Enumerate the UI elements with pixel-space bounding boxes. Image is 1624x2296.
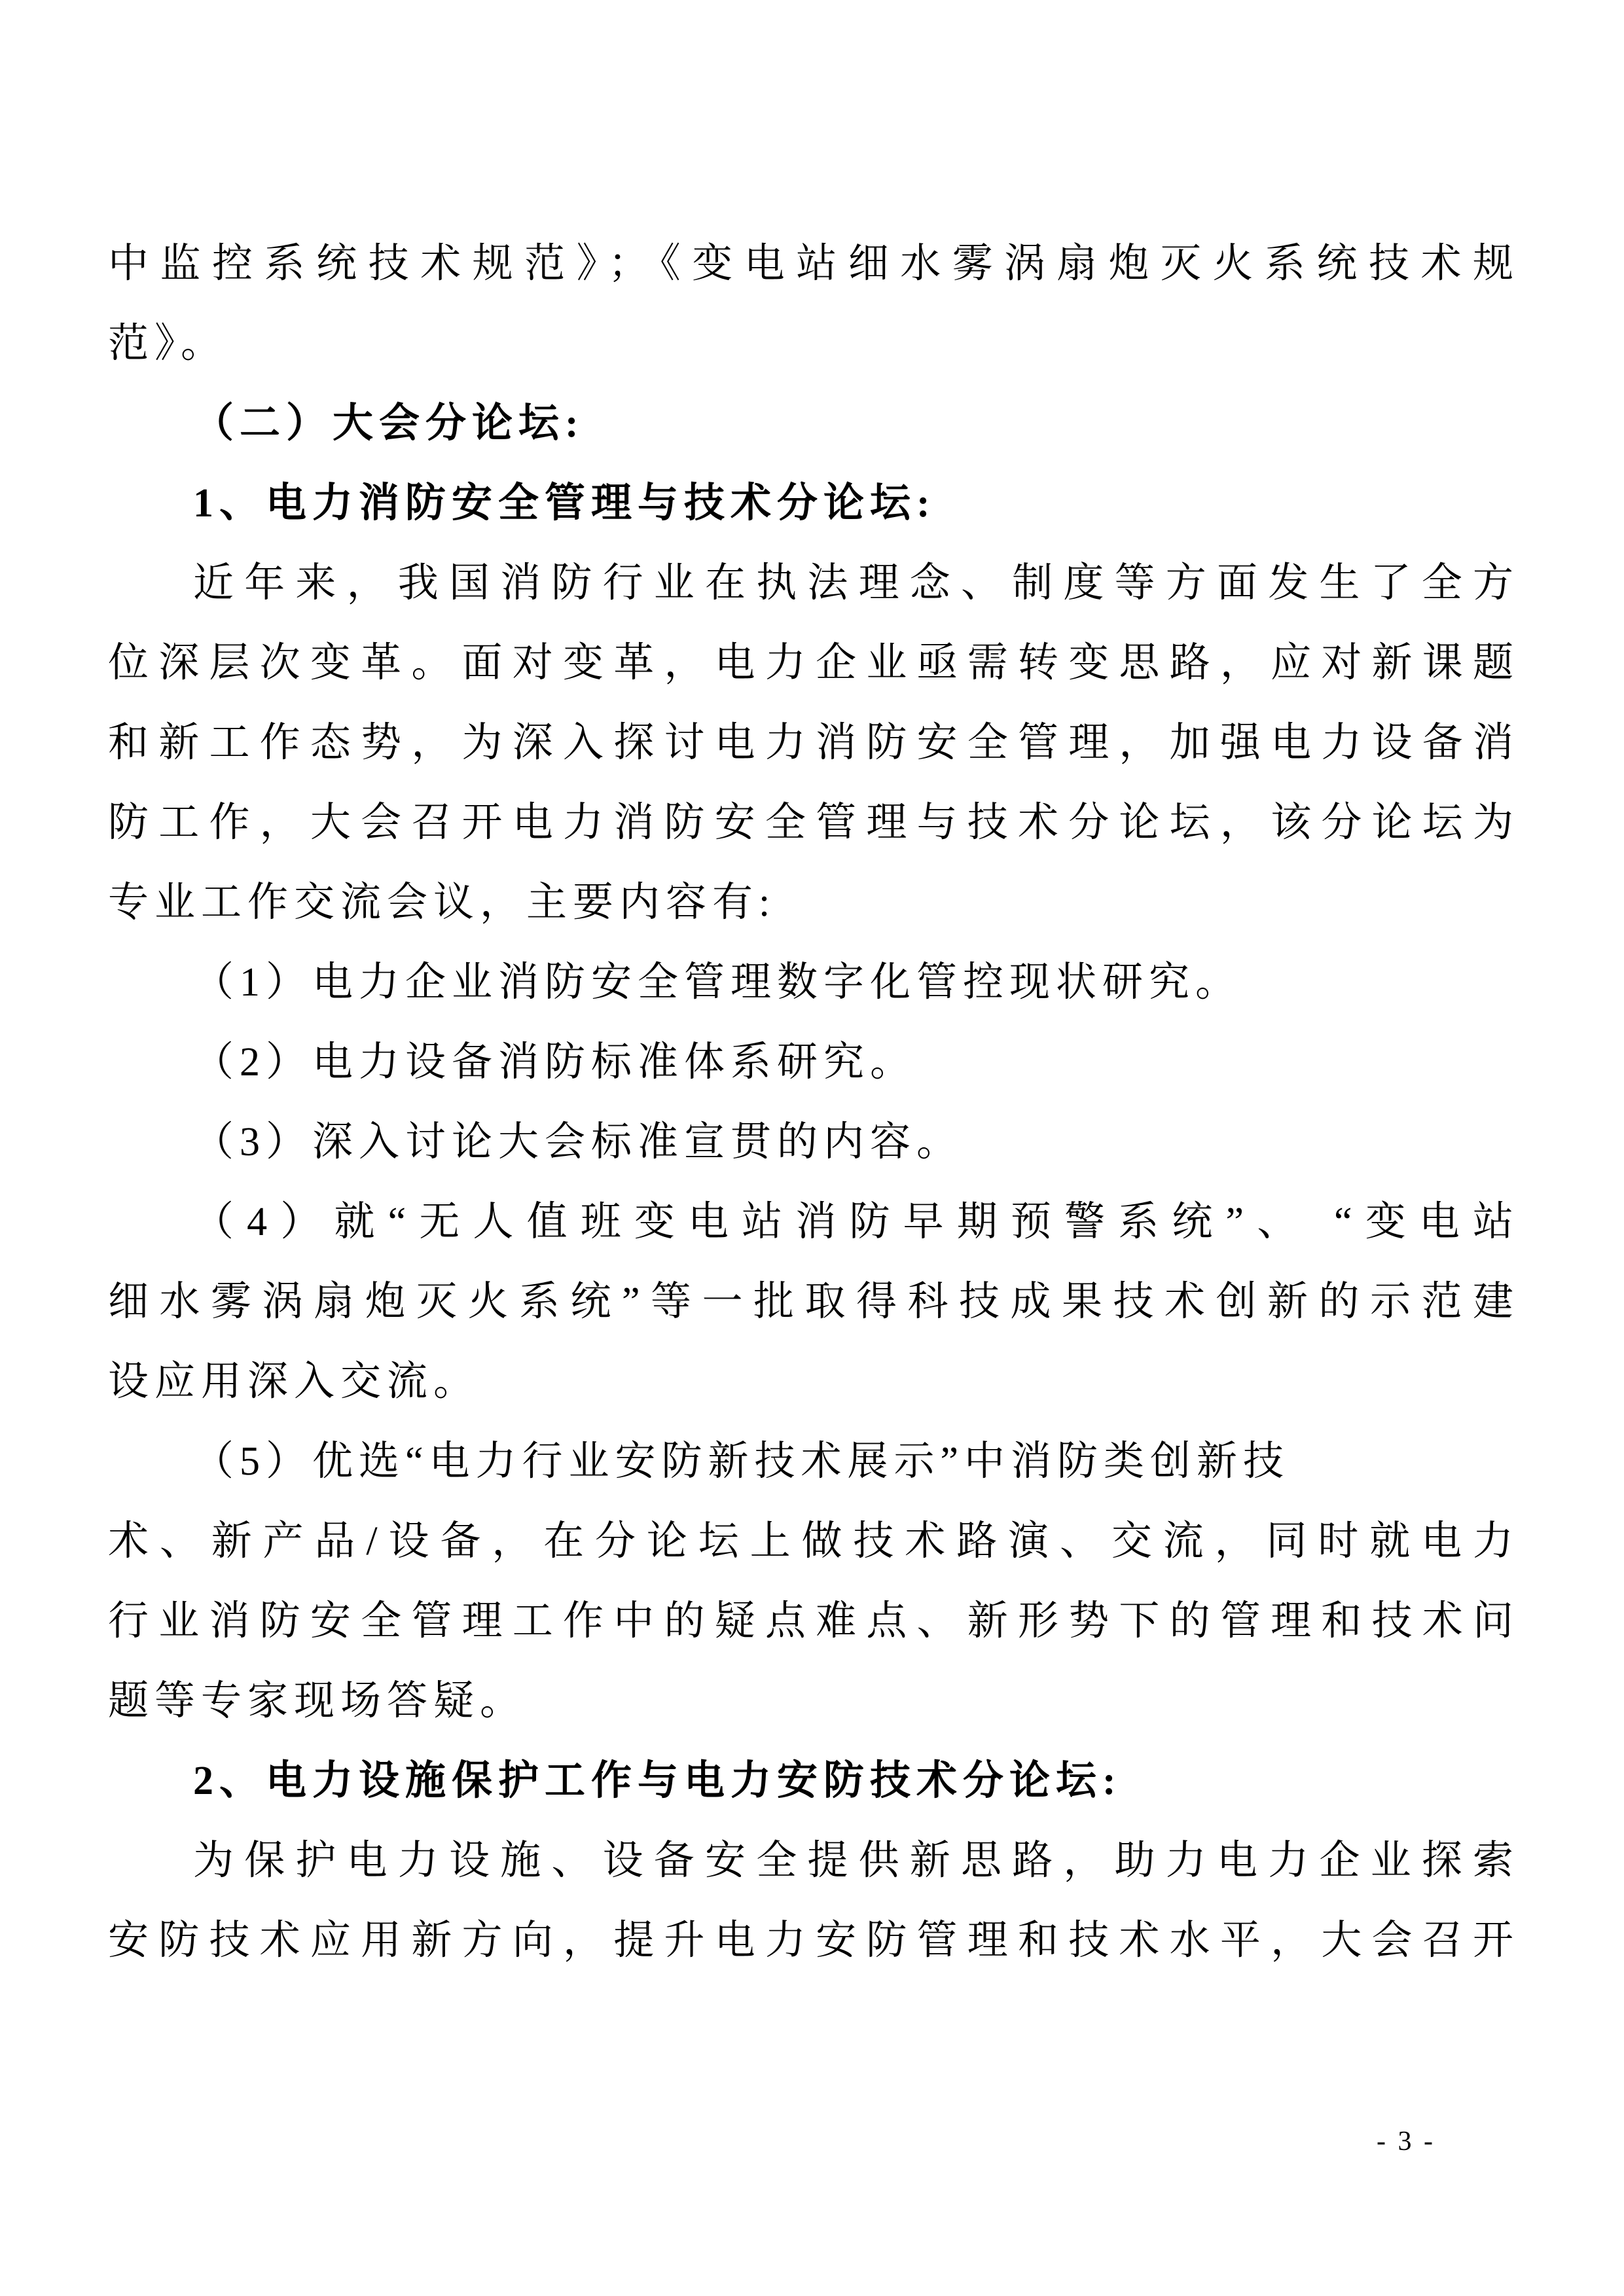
list-item-5-line-2: 术、新产品/设备，在分论坛上做技术路演、交流，同时就电力 <box>108 1501 1519 1581</box>
subforum-2-heading: 2、电力设施保护工作与电力安防技术分论坛: <box>108 1741 1519 1821</box>
section-heading-2: （二）大会分论坛: <box>108 384 1519 463</box>
paragraph-2-line-2: 安防技术应用新方向，提升电力安防管理和技术水平，大会召开 <box>108 1901 1519 1981</box>
document-body: 中监控系统技术规范》；《变电站细水雾涡扇炮灭火系统技术规 范》。 （二）大会分论… <box>108 224 1519 1981</box>
paragraph-2-line-1: 为保护电力设施、设备安全提供新思路，助力电力企业探索 <box>108 1821 1519 1901</box>
list-item-4-line-3: 设应用深入交流。 <box>108 1342 1519 1422</box>
list-item-5-line-4: 题等专家现场答疑。 <box>108 1661 1519 1741</box>
list-item-2: （2）电力设备消防标准体系研究。 <box>108 1022 1519 1102</box>
list-item-5-line-1: （5）优选“电力行业安防新技术展示”中消防类创新技 <box>108 1422 1519 1501</box>
list-item-5-line-3: 行业消防安全管理工作中的疑点难点、新形势下的管理和技术问 <box>108 1581 1519 1661</box>
list-item-3: （3）深入讨论大会标准宣贯的内容。 <box>108 1102 1519 1182</box>
body-line-continuation-2: 范》。 <box>108 304 1519 384</box>
list-item-1: （1）电力企业消防安全管理数字化管控现状研究。 <box>108 942 1519 1022</box>
subforum-1-heading: 1、电力消防安全管理与技术分论坛: <box>108 463 1519 543</box>
body-line-continuation-1: 中监控系统技术规范》；《变电站细水雾涡扇炮灭火系统技术规 <box>108 224 1519 304</box>
document-page: 中监控系统技术规范》；《变电站细水雾涡扇炮灭火系统技术规 范》。 （二）大会分论… <box>0 0 1624 2296</box>
paragraph-1-line-5: 专业工作交流会议，主要内容有: <box>108 863 1519 942</box>
paragraph-1-line-1: 近年来，我国消防行业在执法理念、制度等方面发生了全方 <box>108 543 1519 623</box>
list-item-4-line-1: （4）就“无人值班变电站消防早期预警系统”、 “变电站 <box>108 1182 1519 1262</box>
paragraph-1-line-2: 位深层次变革。面对变革，电力企业亟需转变思路，应对新课题 <box>108 623 1519 703</box>
list-item-4-line-2: 细水雾涡扇炮灭火系统”等一批取得科技成果技术创新的示范建 <box>108 1262 1519 1342</box>
page-number: - 3 - <box>1377 2126 1435 2157</box>
paragraph-1-line-4: 防工作，大会召开电力消防安全管理与技术分论坛，该分论坛为 <box>108 783 1519 863</box>
paragraph-1-line-3: 和新工作态势，为深入探讨电力消防安全管理，加强电力设备消 <box>108 703 1519 783</box>
